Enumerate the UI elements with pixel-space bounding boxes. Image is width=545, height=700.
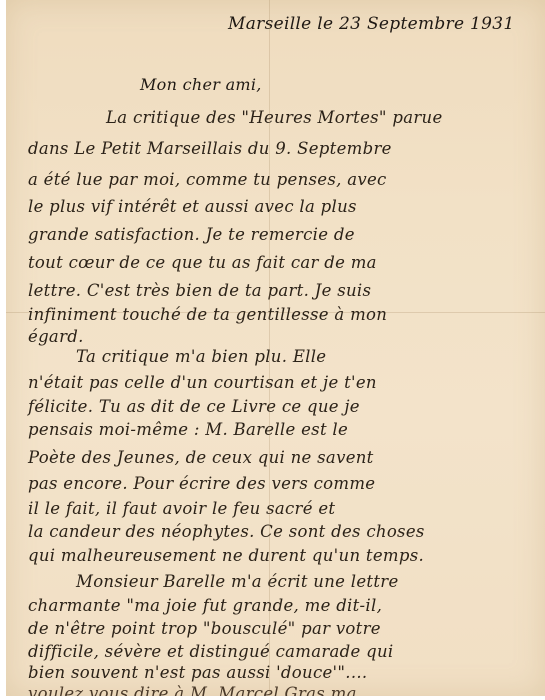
letter-line: infiniment touché de ta gentillesse à mo… [28, 305, 387, 324]
letter-line: égard. [28, 327, 84, 346]
letter-line: le plus vif intérêt et aussi avec la plu… [28, 197, 357, 216]
dateline: Marseille le 23 Septembre 1931 [228, 14, 515, 34]
letter-line: difficile, sévère et distingué camarade … [28, 642, 394, 661]
letter-line: Monsieur Barelle m'a écrit une lettre [76, 572, 399, 591]
letter-line: bien souvent n'est pas aussi 'douce'"...… [28, 663, 367, 682]
letter-line: Ta critique m'a bien plu. Elle [76, 347, 326, 366]
letter-line: félicite. Tu as dit de ce Livre ce que j… [28, 397, 360, 416]
letter-line: lettre. C'est très bien de ta part. Je s… [28, 281, 371, 300]
letter-page: Marseille le 23 Septembre 1931 Mon cher … [6, 0, 545, 696]
letter-line: pensais moi-même : M. Barelle est le [28, 420, 348, 439]
letter-line: il le fait, il faut avoir le feu sacré e… [28, 499, 335, 518]
letter-line: voulez vous dire à M. Marcel Gras ma [28, 684, 357, 696]
letter-line: La critique des "Heures Mortes" parue [106, 108, 443, 127]
letter-line: grande satisfaction. Je te remercie de [28, 225, 355, 244]
letter-line: a été lue par moi, comme tu penses, avec [28, 170, 387, 189]
letter-line: pas encore. Pour écrire des vers comme [28, 474, 375, 493]
letter-line: Poète des Jeunes, de ceux qui ne savent [28, 448, 374, 467]
letter-line: n'était pas celle d'un courtisan et je t… [28, 373, 377, 392]
letter-line: dans Le Petit Marseillais du 9. Septembr… [28, 139, 392, 158]
letter-line: qui malheureusement ne durent qu'un temp… [28, 546, 424, 565]
salutation: Mon cher ami, [140, 75, 262, 94]
letter-line: tout cœur de ce que tu as fait car de ma [28, 253, 377, 272]
letter-line: charmante "ma joie fut grande, me dit-il… [28, 596, 382, 615]
letter-line: de n'être point trop "bousculé" par votr… [28, 619, 381, 638]
letter-line: la candeur des néophytes. Ce sont des ch… [28, 522, 425, 541]
